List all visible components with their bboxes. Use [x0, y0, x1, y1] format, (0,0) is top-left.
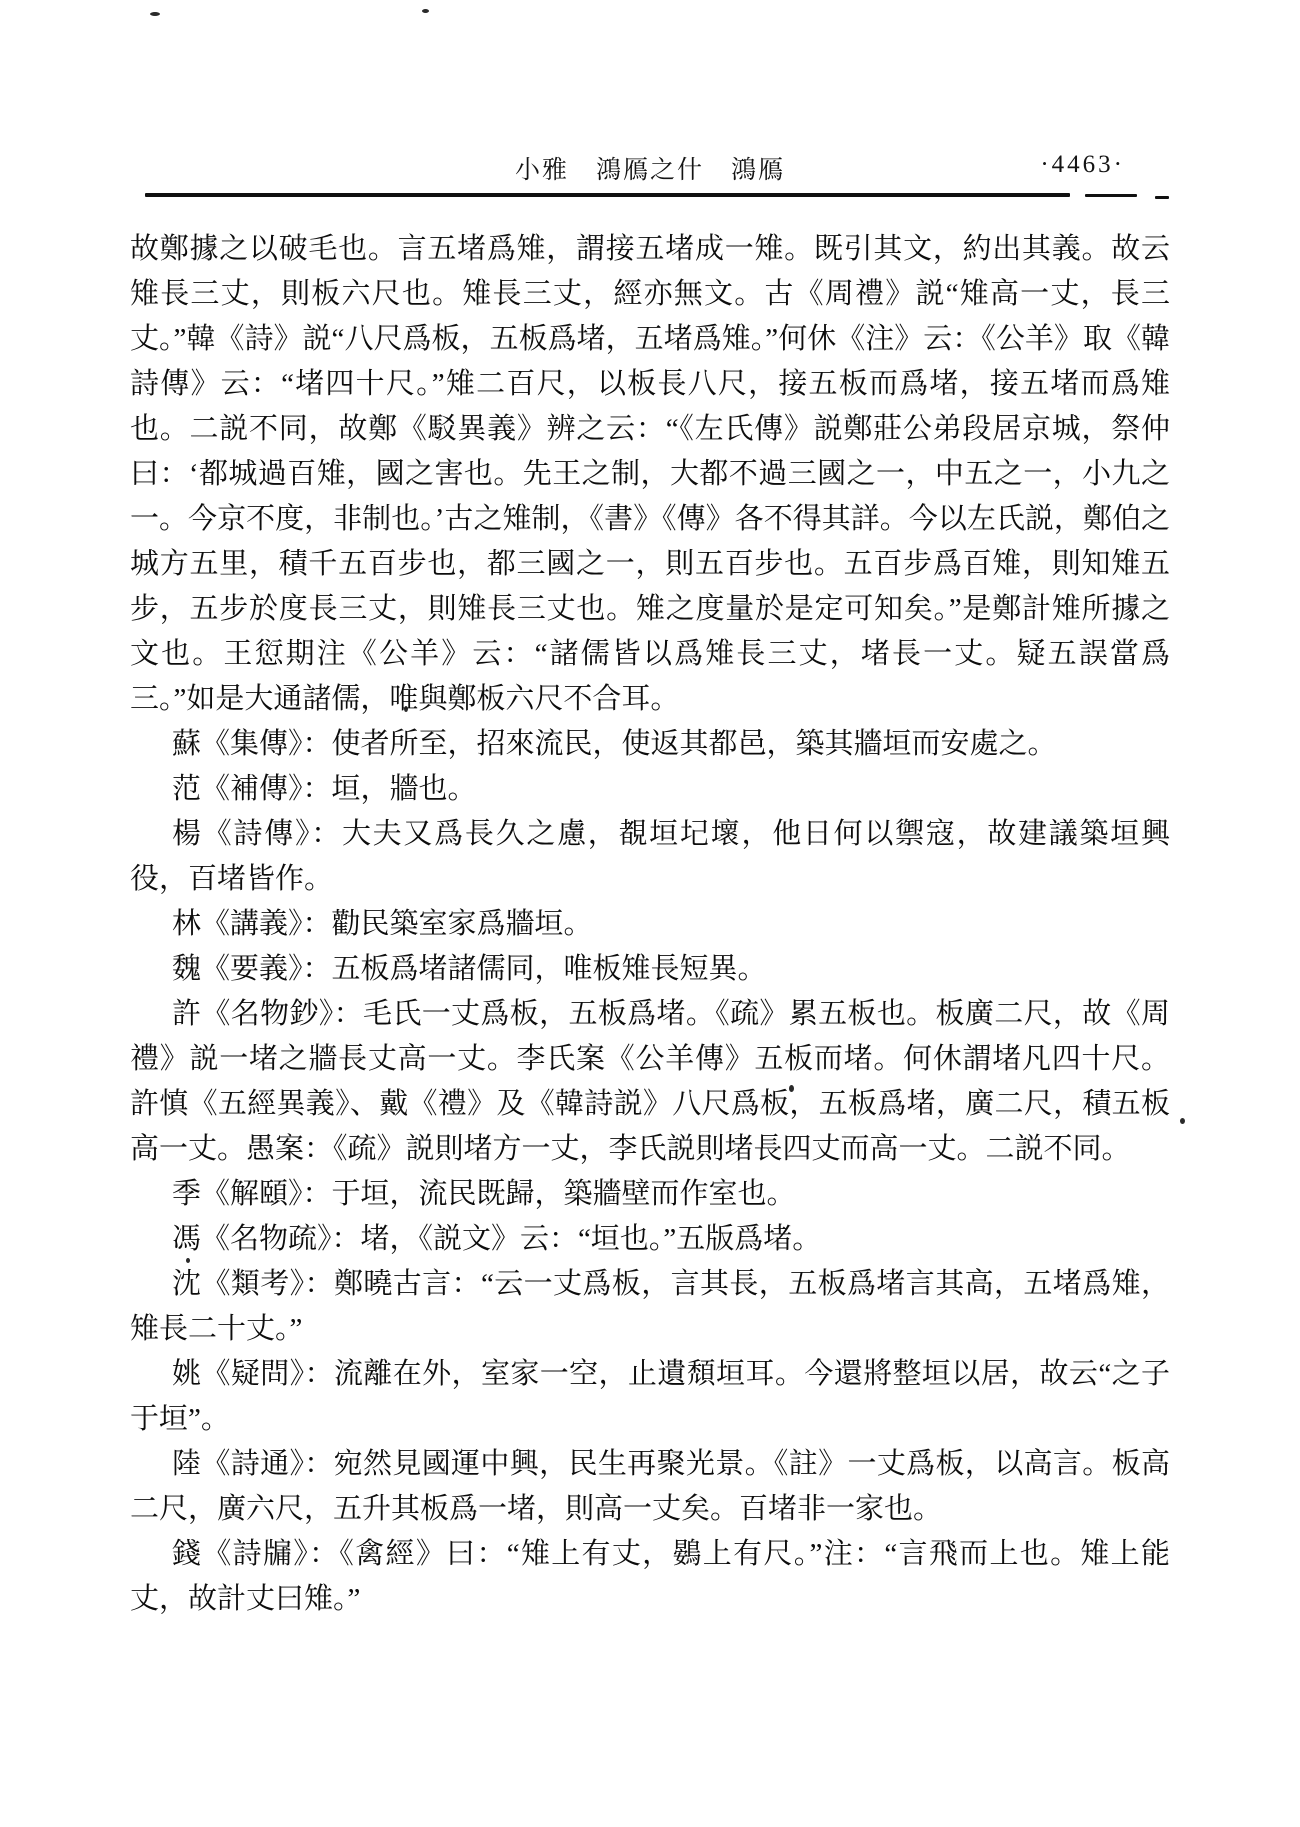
paragraph-xu-mingwuchao: 許《名物鈔》：毛氏一丈爲板，五板爲堵。《疏》累五板也。板廣二尺，故《周禮》説一堵…	[130, 992, 1170, 1172]
section-title: 小雅 鴻鴈之什 鴻鴈	[130, 150, 1170, 186]
header-rule-fragment	[1085, 194, 1137, 197]
paragraph-su-jizhuan: 蘇《集傳》：使者所至，招來流民，使返其都邑，築其牆垣而安處之。	[130, 722, 1170, 767]
page-header: 小雅 鴻鴈之什 鴻鴈 ·4463·	[130, 150, 1170, 190]
paragraph-shen-leikao: 沈《類考》：鄭曉古言：“云一丈爲板，言其長，五板爲堵言其高，五堵爲雉，雉長二十丈…	[130, 1262, 1170, 1352]
scan-artifact	[422, 9, 429, 13]
header-rule	[145, 193, 1070, 197]
paragraph-yang-shizhuan: 楊《詩傳》：大夫又爲長久之慮，覩垣圮壞，他日何以禦寇，故建議築垣興役，百堵皆作。	[130, 812, 1170, 902]
scan-artifact	[1180, 1118, 1185, 1124]
paragraph-ji-jieyi: 季《解頤》：于垣，流民既歸，築牆壁而作室也。	[130, 1172, 1170, 1217]
paragraph-yao-yiwen: 姚《疑問》：流離在外，室家一空，止遺頹垣耳。今還將整垣以居，故云“之子于垣”。	[130, 1352, 1170, 1442]
page-number: ·4463·	[1040, 151, 1125, 179]
header-rule-fragment	[1155, 196, 1169, 199]
paragraph-lin-jiangyi: 林《講義》：勸民築室家爲牆垣。	[130, 902, 1170, 947]
paragraph-lu-shitong: 陸《詩通》：宛然見國運中興，民生再聚光景。《註》一丈爲板，以高言。板高二尺，廣六…	[130, 1442, 1170, 1532]
paragraph-qian-shiyou: 錢《詩牖》：《禽經》曰：“雉上有丈，鷃上有尺。”注：“言飛而上也。雉上能丈，故計…	[130, 1532, 1170, 1622]
paragraph-continuation: 故鄭據之以破毛也。言五堵爲雉，謂接五堵成一雉。既引其文，約出其義。故云雉長三丈，…	[130, 227, 1170, 722]
scan-artifact	[150, 12, 160, 16]
paragraph-fan-buzhuan: 范《補傳》：垣，牆也。	[130, 767, 1170, 812]
paragraph-feng-mingwushu: 馮《名物疏》：堵，《説文》云：“垣也。”五版爲堵。	[130, 1217, 1170, 1262]
paragraph-wei-yaoyi: 魏《要義》：五板爲堵諸儒同，唯板雉長短異。	[130, 947, 1170, 992]
scanned-book-page: 小雅 鴻鴈之什 鴻鴈 ·4463· 故鄭據之以破毛也。言五堵爲雉，謂接五堵成一雉…	[0, 0, 1300, 1827]
body-text: 故鄭據之以破毛也。言五堵爲雉，謂接五堵成一雉。既引其文，約出其義。故云雉長三丈，…	[130, 227, 1170, 1622]
